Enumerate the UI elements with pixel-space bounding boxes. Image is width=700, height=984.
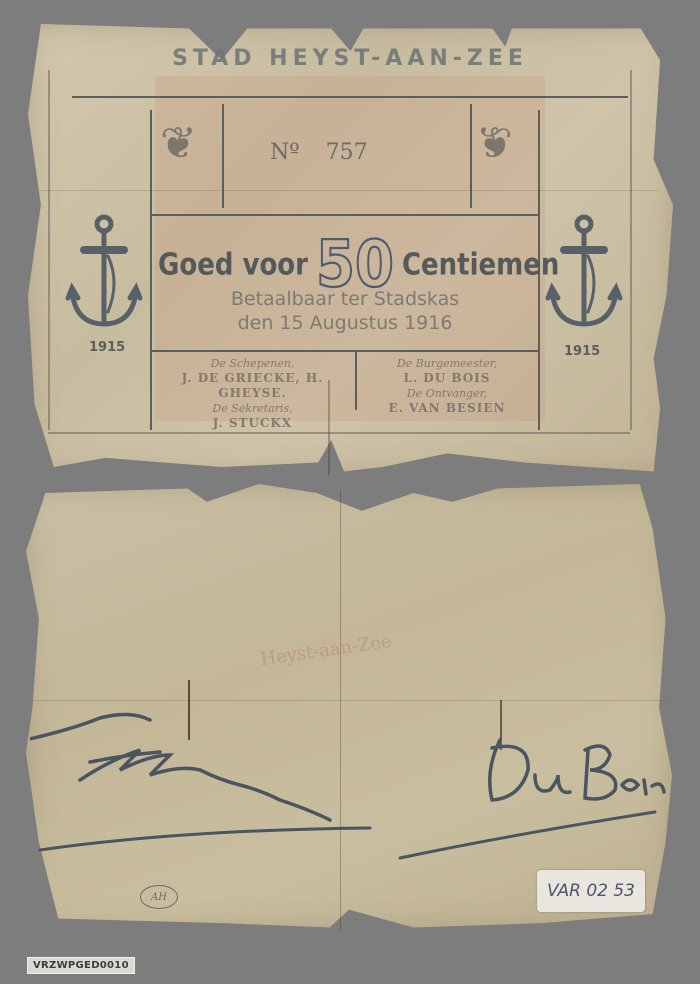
role-secretary: De Sekretaris, [150, 401, 355, 416]
role-mayor: De Burgemeester, [357, 356, 537, 371]
name-mayor: L. DU BOIS [357, 371, 537, 386]
role-treasurer: De Ontvanger, [357, 386, 537, 401]
anchor-right-icon [544, 212, 624, 338]
signatories-left: De Schepenen, J. DE GRIECKE, H. GHEYSE. … [150, 356, 355, 431]
name-treasurer: E. VAN BESIEN [357, 401, 537, 416]
outer-right-rule [630, 70, 632, 430]
outer-bottom-rule [48, 432, 630, 434]
tear-front [328, 380, 330, 475]
name-secretary: J. STUCKX [150, 416, 355, 431]
names-aldermen: J. DE GRIECKE, H. GHEYSE. [150, 371, 355, 401]
flourish-right-icon: ❦ [476, 118, 513, 169]
value-top-rule [150, 214, 538, 216]
value-suffix: Centiemen [402, 248, 559, 283]
handwritten-signatures [30, 700, 680, 860]
serial-value: 757 [326, 140, 368, 165]
flourish-left-icon: ❦ [160, 118, 197, 169]
inventory-label: VAR 02 53 [537, 870, 645, 912]
archive-id-tag: VRZWPGED0010 [27, 957, 135, 974]
signatories-right: De Burgemeester, L. DU BOIS De Ontvanger… [357, 356, 537, 416]
payable-line: Betaalbaar ter Stadskas [160, 288, 530, 310]
serial-number: Nº757 [270, 140, 368, 165]
circle-mark: AH [140, 885, 178, 909]
date-line: den 15 Augustus 1916 [160, 312, 530, 334]
top-rule [72, 96, 628, 98]
fold-front [40, 190, 660, 191]
issuer-title: STAD HEYST-AAN-ZEE [80, 46, 620, 71]
anchor-left-icon [64, 212, 144, 338]
role-aldermen: De Schepenen, [150, 356, 355, 371]
serial-prefix: Nº [270, 140, 300, 165]
signatures-top-rule [150, 350, 538, 352]
value-prefix: Goed voor [158, 248, 308, 283]
outer-left-rule [48, 70, 50, 430]
year-left: 1915 [89, 340, 125, 355]
serial-right-rule [470, 104, 472, 208]
year-right: 1915 [564, 344, 600, 359]
serial-left-rule [222, 104, 224, 208]
